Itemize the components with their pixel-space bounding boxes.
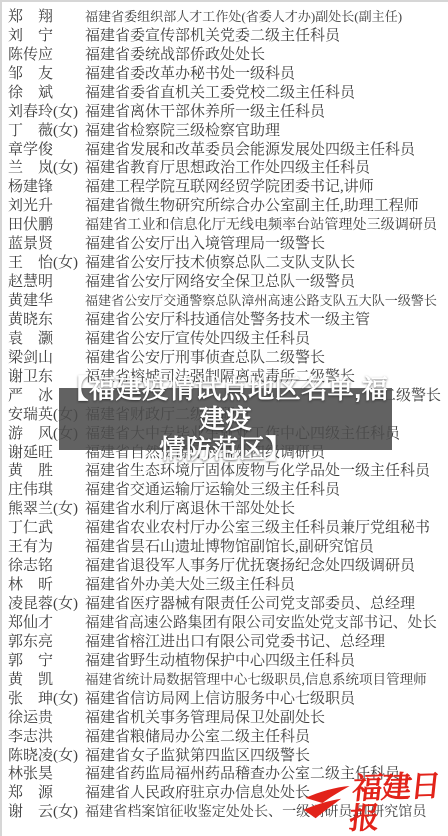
list-row: 郭东亮福建省榕江进出口有限公司党委书记、总经理 xyxy=(8,631,448,650)
person-title: 福建省微生物研究所综合办公室副主任,助理工程师 xyxy=(85,194,419,215)
person-name: 邹 友 xyxy=(8,62,85,83)
list-row: 徐志铭福建省退役军人事务厅优抚褒扬纪念处四级调研员 xyxy=(8,555,448,574)
person-name: 章学俊 xyxy=(8,138,85,159)
person-title: 福建省公安厅刑事侦查总队二级警长 xyxy=(85,346,325,367)
person-name: 刘光升 xyxy=(8,194,85,215)
person-name: 丁 薇(女) xyxy=(8,119,85,140)
document-page: 郑 翔福建省委组织部人才工作处(省委人才办)副处长(副主任)刘 宁福建省委宣传部… xyxy=(0,0,448,836)
person-title: 福建省委省直机关工委党校二级主任科员 xyxy=(85,81,355,102)
list-row: 郑 源福建省人民政府驻京办信息处处长 xyxy=(8,782,448,801)
person-title: 福建省工业和信息化厅无线电频率台站管理处三级调研员 xyxy=(85,214,437,234)
person-name: 郭东亮 xyxy=(8,630,85,651)
list-row: 邹 友福建省委改革办秘书处一级科员 xyxy=(8,63,448,82)
list-row: 林张昊福建省药监局福州药品稽查办公室二级主任科员 xyxy=(8,764,448,783)
person-name: 兰 岚(女) xyxy=(8,156,85,177)
list-row: 赵慧明福建省公安厅网络安全保卫总队一级警员 xyxy=(8,271,448,290)
person-title: 福建省野生动植物保护中心四级主任科员 xyxy=(85,649,355,670)
list-row: 丁 薇(女)福建省检察院三级检察官助理 xyxy=(8,120,448,139)
person-title: 福建省机关事务管理局保卫处副处长 xyxy=(85,706,325,727)
watermark-title-banner: 【福建疫情试点地区名单,福建疫 情防范区】 xyxy=(59,388,392,450)
person-title: 福建省委统战部侨政处处长 xyxy=(85,43,265,64)
person-name: 徐 斌 xyxy=(8,81,85,102)
person-title: 福建省公安厅交通警察总队漳州高速公路支队五大队一级警长 xyxy=(85,290,437,309)
person-name: 丁仁武 xyxy=(8,516,85,537)
person-title: 福建省档案馆征收鉴定处处长、一级调研员,副研究馆员 xyxy=(85,801,426,821)
person-name: 郑 源 xyxy=(8,781,85,802)
list-row: 陈晓凌(女)福建省女子监狱第四监区四级警长 xyxy=(8,745,448,764)
list-row: 黄 凯福建省统计局数据管理中心七级职员,信息系统项目管理师 xyxy=(8,669,448,688)
person-name: 林张昊 xyxy=(8,762,85,783)
person-title: 福建省农业农村厅办公室三级主任科员兼厅党组秘书 xyxy=(85,516,430,537)
person-title: 福建省统计局数据管理中心七级职员,信息系统项目管理师 xyxy=(85,668,427,688)
person-name: 陈晓凌(女) xyxy=(8,744,85,765)
person-title: 福建省委改革办秘书处一级科员 xyxy=(85,62,295,83)
person-name: 郑仙才 xyxy=(8,611,85,632)
person-title: 福建省人民政府驻京办信息处处长 xyxy=(85,781,310,802)
list-row: 兰 岚(女)福建省教育厅思想政治工作处四级主任科员 xyxy=(8,158,448,177)
person-name: 陈传应 xyxy=(8,43,85,64)
person-name: 袁 灏 xyxy=(8,327,85,348)
person-title: 福建省水利厅离退休干部处处长 xyxy=(85,497,295,518)
person-name: 黄晓东 xyxy=(8,308,85,329)
list-row: 黄晓东福建省公安厅科技通信处警务技术一级主管 xyxy=(8,309,448,328)
person-name: 徐志铭 xyxy=(8,554,85,575)
list-row: 郑 翔福建省委组织部人才工作处(省委人才办)副处长(副主任) xyxy=(8,6,448,25)
person-name: 赵慧明 xyxy=(8,270,85,291)
list-row: 梁剑山福建省公安厅刑事侦查总队二级警长 xyxy=(8,347,448,366)
list-row: 丁仁武福建省农业农村厅办公室三级主任科员兼厅党组秘书 xyxy=(8,517,448,536)
list-row: 凌昆蓉(女)福建省医疗器械有限责任公司党支部委员、总经理 xyxy=(8,593,448,612)
person-title: 福建省教育厅思想政治工作处四级主任科员 xyxy=(85,156,370,177)
person-name: 梁剑山 xyxy=(8,346,85,367)
person-title: 福建省公安厅科技通信处警务技术一级主管 xyxy=(85,308,370,329)
person-name: 刘春玲(女) xyxy=(8,100,85,121)
list-row: 熊翠兰(女)福建省水利厅离退休干部处处长 xyxy=(8,498,448,517)
person-title: 福建省榕江进出口有限公司党委书记、总经理 xyxy=(85,630,385,651)
list-row: 李志洪福建省粮储局办公室二级主任科员 xyxy=(8,726,448,745)
person-title: 福建省公安厅宣传处四级主任科员 xyxy=(85,327,310,348)
list-row: 田伏鹏福建省工业和信息化厅无线电频率台站管理处三级调研员 xyxy=(8,214,448,233)
list-row: 张 珅(女)福建省信访局网上信访服务中心七级职员 xyxy=(8,688,448,707)
person-title: 福建省医疗器械有限责任公司党支部委员、总经理 xyxy=(85,592,415,613)
person-title: 福建工程学院互联网经贸学院团委书记,讲师 xyxy=(85,175,374,196)
person-name: 黄建华 xyxy=(8,289,85,310)
list-row: 刘光升福建省微生物研究所综合办公室副主任,助理工程师 xyxy=(8,195,448,214)
person-name: 徐运贵 xyxy=(8,706,85,727)
list-row: 郑仙才福建省高速公路集团有限公司安监处党支部书记、处长 xyxy=(8,612,448,631)
list-row: 陈传应福建省委统战部侨政处处长 xyxy=(8,44,448,63)
person-name: 王 怡(女) xyxy=(8,251,85,272)
list-row: 林 昕福建省外办美大处三级主任科员 xyxy=(8,574,448,593)
person-title: 福建省发展和改革委员会能源发展处四级主任科员 xyxy=(85,138,415,159)
person-title: 福建省公安厅出入境管理局一级警长 xyxy=(85,232,325,253)
list-row: 谢 云(女)福建省档案馆征收鉴定处处长、一级调研员,副研究馆员 xyxy=(8,801,448,820)
person-name: 杨建锋 xyxy=(8,175,85,196)
person-title: 福建省交通运输厅运输处三级主任科员 xyxy=(85,478,340,499)
watermark-title-line2: 情防范区】 xyxy=(59,434,392,464)
person-title: 福建省昙石山遗址博物馆副馆长,副研究馆员 xyxy=(85,535,374,556)
person-name: 庄伟琪 xyxy=(8,478,85,499)
person-title: 福建省公安厅技术侦察总队二支队支队长 xyxy=(85,251,355,272)
person-title: 福建省粮储局办公室二级主任科员 xyxy=(85,725,310,746)
list-row: 刘春玲(女)福建省离休干部休养所一级主任科员 xyxy=(8,101,448,120)
person-name: 田伏鹏 xyxy=(8,213,85,234)
person-name: 刘 宁 xyxy=(8,24,85,45)
person-title: 福建省离休干部休养所一级主任科员 xyxy=(85,100,325,121)
list-row: 徐运贵福建省机关事务管理局保卫处副处长 xyxy=(8,707,448,726)
person-title: 福建省外办美大处三级主任科员 xyxy=(85,573,295,594)
person-title: 福建省退役军人事务厅优抚褒扬纪念处四级调研员 xyxy=(85,554,415,575)
list-row: 庄伟琪福建省交通运输厅运输处三级主任科员 xyxy=(8,479,448,498)
person-title: 福建省公安厅网络安全保卫总队一级警员 xyxy=(85,270,355,291)
person-name: 谢 云(女) xyxy=(8,800,85,821)
list-row: 刘 宁福建省委宣传部机关党委二级主任科员 xyxy=(8,25,448,44)
person-name: 林 昕 xyxy=(8,573,85,594)
person-name: 王有为 xyxy=(8,535,85,556)
watermark-title-line1: 【福建疫情试点地区名单,福建疫 xyxy=(59,374,392,434)
person-title: 福建省委组织部人才工作处(省委人才办)副处长(副主任) xyxy=(85,6,402,25)
person-name: 郑 翔 xyxy=(8,5,85,26)
person-title: 福建省药监局福州药品稽查办公室二级主任科员 xyxy=(85,762,400,783)
list-row: 杨建锋福建工程学院互联网经贸学院团委书记,讲师 xyxy=(8,176,448,195)
person-title: 福建省检察院三级检察官助理 xyxy=(85,119,280,140)
list-row: 王有为福建省昙石山遗址博物馆副馆长,副研究馆员 xyxy=(8,536,448,555)
list-row: 郭 宁福建省野生动植物保护中心四级主任科员 xyxy=(8,650,448,669)
person-name: 熊翠兰(女) xyxy=(8,497,85,518)
list-row: 蓝景贤福建省公安厅出入境管理局一级警长 xyxy=(8,233,448,252)
person-name: 蓝景贤 xyxy=(8,232,85,253)
person-name: 李志洪 xyxy=(8,725,85,746)
person-title: 福建省女子监狱第四监区四级警长 xyxy=(85,744,310,765)
list-row: 黄建华福建省公安厅交通警察总队漳州高速公路支队五大队一级警长 xyxy=(8,290,448,309)
person-name: 郭 宁 xyxy=(8,649,85,670)
list-row: 徐 斌福建省委省直机关工委党校二级主任科员 xyxy=(8,82,448,101)
person-title: 福建省委宣传部机关党委二级主任科员 xyxy=(85,24,340,45)
person-title: 福建省信访局网上信访服务中心七级职员 xyxy=(85,687,355,708)
list-row: 袁 灏福建省公安厅宣传处四级主任科员 xyxy=(8,328,448,347)
person-name: 黄 凯 xyxy=(8,668,85,689)
list-row: 王 怡(女)福建省公安厅技术侦察总队二支队支队长 xyxy=(8,252,448,271)
person-name: 张 珅(女) xyxy=(8,687,85,708)
person-name: 凌昆蓉(女) xyxy=(8,592,85,613)
list-row: 章学俊福建省发展和改革委员会能源发展处四级主任科员 xyxy=(8,139,448,158)
person-title: 福建省高速公路集团有限公司安监处党支部书记、处长 xyxy=(85,611,437,632)
